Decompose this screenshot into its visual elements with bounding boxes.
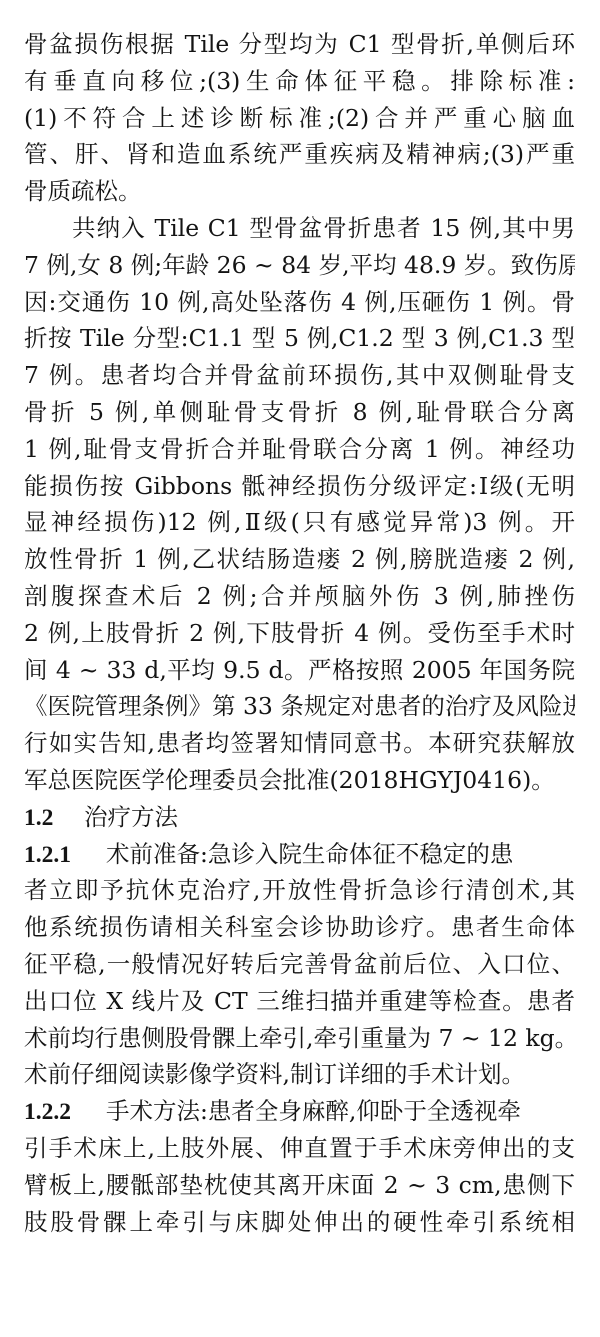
- section-number: 1.2: [24, 800, 84, 837]
- text-line: 征平稳,一般情况好转后完善骨盆前后位、入口位、: [24, 946, 575, 983]
- text-line: 剖腹探查术后 2 例;合并颅脑外伤 3 例,肺挫伤: [24, 578, 575, 615]
- text-line: 因:交通伤 10 例,高处坠落伤 4 例,压砸伤 1 例。骨: [24, 284, 575, 321]
- text-line: 军总医院医学伦理委员会批准(2018HGYJ0416)。: [24, 762, 575, 799]
- text-line: 1 例,耻骨支骨折合并耻骨联合分离 1 例。神经功: [24, 431, 575, 468]
- section-heading-1-2: 1.2治疗方法: [24, 799, 575, 836]
- text-line: 术前均行患侧股骨髁上牵引,牵引重量为 7 ~ 12 kg。: [24, 1020, 575, 1057]
- section-title: 治疗方法: [84, 803, 178, 831]
- document-page: 骨盆损伤根据 Tile 分型均为 C1 型骨折,单侧后环 有垂直向移位;(3)生…: [24, 26, 575, 1240]
- criteria-paragraph: 骨盆损伤根据 Tile 分型均为 C1 型骨折,单侧后环 有垂直向移位;(3)生…: [24, 26, 575, 210]
- text-line: 出口位 X 线片及 CT 三维扫描并重建等检查。患者: [24, 983, 575, 1020]
- subsection-1-2-1: 1.2.1术前准备:急诊入院生命体征不稳定的患 者立即予抗休克治疗,开放性骨折急…: [24, 836, 575, 1094]
- text-line: 折按 Tile 分型:C1.1 型 5 例,C1.2 型 3 例,C1.3 型: [24, 320, 575, 357]
- text-line: 放性骨折 1 例,乙状结肠造瘘 2 例,膀胱造瘘 2 例,: [24, 541, 575, 578]
- subsection-number: 1.2.2: [24, 1094, 106, 1131]
- text-line: 行如实告知,患者均签署知情同意书。本研究获解放: [24, 725, 575, 762]
- subsection-first-line: 手术方法:患者全身麻醉,仰卧于全透视牵: [106, 1097, 521, 1125]
- text-line: 者立即予抗休克治疗,开放性骨折急诊行清创术,其: [24, 872, 575, 909]
- text-line: 骨质疏松。: [24, 173, 575, 210]
- text-line: 共纳入 Tile C1 型骨盆骨折患者 15 例,其中男: [24, 210, 575, 247]
- subsection-number: 1.2.1: [24, 837, 106, 874]
- text-line: 有垂直向移位;(3)生命体征平稳。排除标准:: [24, 63, 575, 100]
- text-line: (1)不符合上述诊断标准;(2)合并严重心脑血: [24, 100, 575, 137]
- cohort-paragraph: 共纳入 Tile C1 型骨盆骨折患者 15 例,其中男 7 例,女 8 例;年…: [24, 210, 575, 799]
- text-line: 7 例。患者均合并骨盆前环损伤,其中双侧耻骨支: [24, 357, 575, 394]
- text-line: 显神经损伤)12 例,Ⅱ级(只有感觉异常)3 例。开: [24, 504, 575, 541]
- text-line: 2 例,上肢骨折 2 例,下肢骨折 4 例。受伤至手术时: [24, 615, 575, 652]
- text-line: 肢股骨髁上牵引与床脚处伸出的硬性牵引系统相: [24, 1204, 575, 1241]
- text-line: 术前仔细阅读影像学资料,制订详细的手术计划。: [24, 1056, 575, 1093]
- text-line: 臂板上,腰骶部垫枕使其离开床面 2 ~ 3 cm,患侧下: [24, 1167, 575, 1204]
- subsection-heading: 1.2.1术前准备:急诊入院生命体征不稳定的患: [24, 836, 575, 873]
- text-line: 间 4 ~ 33 d,平均 9.5 d。严格按照 2005 年国务院: [24, 652, 575, 689]
- subsection-1-2-2: 1.2.2手术方法:患者全身麻醉,仰卧于全透视牵 引手术床上,上肢外展、伸直置于…: [24, 1093, 575, 1240]
- subsection-heading: 1.2.2手术方法:患者全身麻醉,仰卧于全透视牵: [24, 1093, 575, 1130]
- text-line: 《医院管理条例》第 33 条规定对患者的治疗及风险进: [24, 688, 575, 725]
- subsection-first-line: 术前准备:急诊入院生命体征不稳定的患: [106, 840, 513, 868]
- text-line: 能损伤按 Gibbons 骶神经损伤分级评定:Ⅰ级(无明: [24, 468, 575, 505]
- text-line: 引手术床上,上肢外展、伸直置于手术床旁伸出的支: [24, 1130, 575, 1167]
- text-line: 他系统损伤请相关科室会诊协助诊疗。患者生命体: [24, 909, 575, 946]
- text-line: 骨盆损伤根据 Tile 分型均为 C1 型骨折,单侧后环: [24, 26, 575, 63]
- text-line: 骨折 5 例,单侧耻骨支骨折 8 例,耻骨联合分离: [24, 394, 575, 431]
- text-line: 7 例,女 8 例;年龄 26 ~ 84 岁,平均 48.9 岁。致伤原: [24, 247, 575, 284]
- text-line: 管、肝、肾和造血系统严重疾病及精神病;(3)严重: [24, 136, 575, 173]
